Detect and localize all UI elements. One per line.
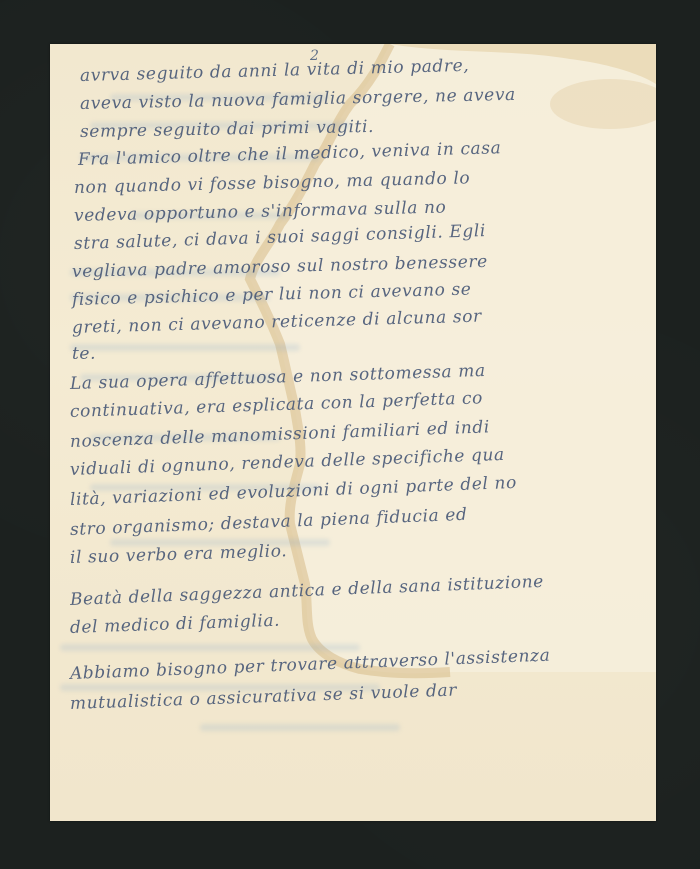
text-line: vegliava padre amoroso sul nostro beness… — [72, 252, 488, 282]
text-line: fisico e psichico e per lui non ci aveva… — [72, 280, 472, 310]
text-line: greti, non ci avevano reticenze di alcun… — [72, 307, 482, 338]
text-line: vedeva opportuno e s'informava sulla no — [74, 198, 447, 226]
text-line: aveva visto la nuova famiglia sorgere, n… — [80, 85, 516, 114]
text-line: sempre seguito dai primi vagiti. — [80, 117, 374, 142]
letter-page: 2 avrva seguito da anni la vita di mio p… — [50, 44, 656, 821]
text-line: stra salute, ci dava i suoi saggi consig… — [74, 221, 487, 254]
text-line: del medico di famiglia. — [70, 611, 281, 638]
text-line: stro organismo; destava la piena fiducia… — [70, 505, 468, 540]
text-line: te. — [72, 344, 96, 364]
text-line: mutualistica o assicurativa se si vuole … — [70, 680, 458, 713]
text-line: Abbiamo bisogno per trovare attraverso l… — [70, 646, 551, 684]
text-line: viduali di ognuno, rendeva delle specifi… — [70, 445, 505, 480]
text-line: La sua opera affettuosa e non sottomessa… — [70, 361, 486, 394]
text-line: Beatà della saggezza antica e della sana… — [70, 572, 545, 610]
text-line: avrva seguito da anni la vita di mio pad… — [80, 56, 470, 86]
text-line: il suo verbo era meglio. — [70, 541, 288, 568]
text-line: Fra l'amico oltre che il medico, veniva … — [78, 138, 502, 170]
text-line: non quando vi fosse bisogno, ma quando l… — [74, 168, 471, 198]
text-line: continuativa, era esplicata con la perfe… — [70, 388, 484, 422]
